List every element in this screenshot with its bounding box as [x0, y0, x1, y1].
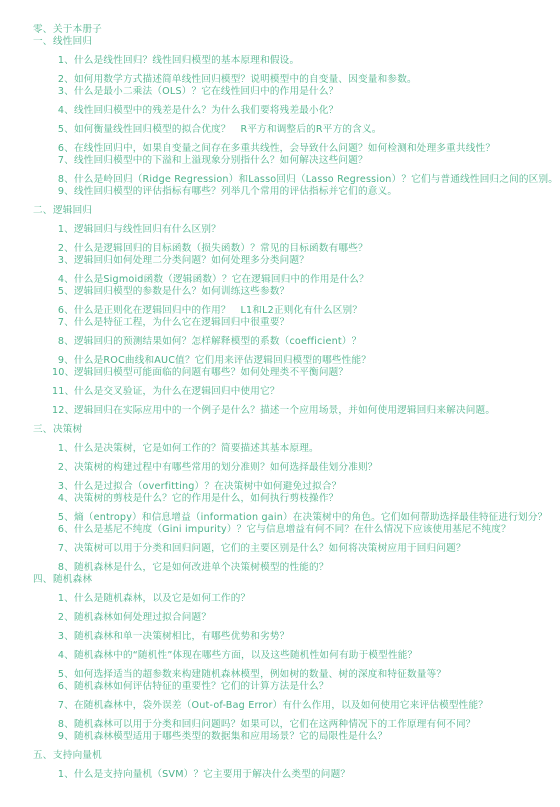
toc-item-link[interactable]: 1、什么是支持向量机（SVM）？它主要用于解决什么类型的问题？ — [0, 769, 560, 781]
section-title: 支持向量机 — [53, 750, 102, 761]
section-number-label: 三、 — [33, 424, 53, 436]
item-number: 8、 — [52, 719, 74, 731]
section-title: 关于本册子 — [53, 24, 102, 35]
section-number-label: 一、 — [33, 36, 53, 48]
item-number: 10、 — [52, 367, 74, 379]
toc-item-link[interactable]: 4、随机森林中的“随机性”体现在哪些方面，以及这些随机性如何有助于模型性能？ — [0, 650, 560, 662]
toc-item-link[interactable]: 11、什么是交叉验证，为什么在逻辑回归中使用它？ — [0, 386, 560, 398]
item-number: 8、 — [52, 174, 74, 186]
item-question-text: 什么是正则化在逻辑回归中的作用？ L1和L2正则化有什么区别？ — [74, 305, 362, 316]
section-heading-link[interactable]: 零、关于本册子 — [0, 24, 560, 36]
toc-item-link[interactable]: 7、线性回归模型中的下溢和上溢现象分别指什么？如何解决这些问题？ — [0, 155, 560, 167]
toc-item-link[interactable]: 8、随机森林可以用于分类和回归问题吗？如果可以，它们在这两种情况下的工作原理有何… — [0, 719, 560, 731]
item-number: 7、 — [52, 317, 74, 329]
item-number: 1、 — [52, 55, 74, 67]
toc-item-link[interactable]: 9、线性回归模型的评估指标有哪些？列举几个常用的评估指标并它们的意义。 — [0, 186, 560, 198]
item-number: 6、 — [52, 305, 74, 317]
toc-item-link[interactable]: 2、决策树的构建过程中有哪些常用的划分准则？如何选择最佳划分准则？ — [0, 462, 560, 474]
toc-item-link[interactable]: 5、熵（entropy）和信息增益（information gain）在决策树中… — [0, 512, 560, 524]
item-question-text: 随机森林如何处理过拟合问题？ — [74, 612, 211, 623]
item-question-text: 随机森林如何评估特征的重要性？它们的计算方法是什么？ — [74, 681, 329, 692]
item-question-text: 随机森林和单一决策树相比，有哪些优势和劣势？ — [74, 631, 289, 642]
item-question-text: 在线性回归中，如果自变量之间存在多重共线性，会导致什么问题？如何检测和处理多重共… — [74, 143, 495, 154]
toc-item-link[interactable]: 4、决策树的剪枝是什么？它的作用是什么，如何执行剪枝操作？ — [0, 493, 560, 505]
section-title: 决策树 — [53, 424, 82, 435]
item-number: 4、 — [52, 493, 74, 505]
item-number: 1、 — [52, 443, 74, 455]
section-title: 线性回归 — [53, 36, 92, 47]
item-number: 2、 — [52, 74, 74, 86]
item-question-text: 什么是交叉验证，为什么在逻辑回归中使用它？ — [74, 386, 280, 397]
item-question-text: 如何选择适当的超参数来构建随机森林模型，例如树的数量、树的深度和特征数量等？ — [74, 669, 446, 680]
item-number: 9、 — [52, 186, 74, 198]
item-question-text: 在随机森林中，袋外误差（Out-of-Bag Error）有什么作用，以及如何使… — [74, 700, 488, 711]
item-question-text: 熵（entropy）和信息增益（information gain）在决策树中的角… — [74, 512, 547, 523]
table-of-contents: 零、关于本册子一、线性回归1、什么是线性回归？线性回归模型的基本原理和假设。2、… — [0, 0, 560, 781]
section-heading-link[interactable]: 五、支持向量机 — [0, 750, 560, 762]
item-question-text: 什么是过拟合（overfitting）？在决策树中如何避免过拟合？ — [74, 481, 341, 492]
item-question-text: 什么是线性回归？线性回归模型的基本原理和假设。 — [74, 55, 299, 66]
toc-item-link[interactable]: 9、随机森林模型适用于哪些类型的数据集和应用场景？它的局限性是什么？ — [0, 731, 560, 743]
section-heading-link[interactable]: 二、逻辑回归 — [0, 205, 560, 217]
item-number: 3、 — [52, 255, 74, 267]
toc-item-link[interactable]: 3、什么是最小二乘法（OLS）？它在线性回归中的作用是什么？ — [0, 86, 560, 98]
item-question-text: 逻辑回归如何处理二分类问题？如何处理多分类问题？ — [74, 255, 309, 266]
item-question-text: 如何用数学方式描述简单线性回归模型？说明模型中的自变量、因变量和参数。 — [74, 74, 417, 85]
item-number: 2、 — [52, 612, 74, 624]
toc-item-link[interactable]: 7、在随机森林中，袋外误差（Out-of-Bag Error）有什么作用，以及如… — [0, 700, 560, 712]
section-heading-link[interactable]: 四、随机森林 — [0, 574, 560, 586]
item-number: 9、 — [52, 355, 74, 367]
toc-item-link[interactable]: 8、逻辑回归的预测结果如何？怎样解释模型的系数（coefficient）？ — [0, 336, 560, 348]
item-question-text: 什么是支持向量机（SVM）？它主要用于解决什么类型的问题？ — [74, 769, 350, 780]
item-number: 7、 — [52, 700, 74, 712]
toc-item-link[interactable]: 5、如何选择适当的超参数来构建随机森林模型，例如树的数量、树的深度和特征数量等？ — [0, 669, 560, 681]
item-question-text: 什么是决策树，它是如何工作的？简要描述其基本原理。 — [74, 443, 319, 454]
item-number: 7、 — [52, 155, 74, 167]
item-number: 7、 — [52, 543, 74, 555]
item-question-text: 决策树的构建过程中有哪些常用的划分准则？如何选择最佳划分准则？ — [74, 462, 378, 473]
section-number-label: 四、 — [33, 574, 53, 586]
item-number: 4、 — [52, 274, 74, 286]
item-question-text: 逻辑回归与线性回归有什么区别？ — [74, 224, 221, 235]
section-heading-link[interactable]: 一、线性回归 — [0, 36, 560, 48]
item-question-text: 线性回归模型的评估指标有哪些？列举几个常用的评估指标并它们的意义。 — [74, 186, 397, 197]
item-number: 2、 — [52, 243, 74, 255]
toc-item-link[interactable]: 2、随机森林如何处理过拟合问题？ — [0, 612, 560, 624]
item-question-text: 决策树可以用于分类和回归问题，它们的主要区别是什么？如何将决策树应用于回归问题？ — [74, 543, 466, 554]
item-number: 9、 — [52, 731, 74, 743]
item-number: 12、 — [52, 405, 74, 417]
toc-item-link[interactable]: 3、随机森林和单一决策树相比，有哪些优势和劣势？ — [0, 631, 560, 643]
item-question-text: 逻辑回归模型可能面临的问题有哪些？如何处理类不平衡问题？ — [74, 367, 348, 378]
toc-item-link[interactable]: 7、什么是特征工程，为什么它在逻辑回归中很重要？ — [0, 317, 560, 329]
item-question-text: 什么是Sigmoid函数（逻辑函数）？它在逻辑回归中的作用是什么？ — [74, 274, 369, 285]
item-number: 3、 — [52, 631, 74, 643]
item-question-text: 逻辑回归模型的参数是什么？如何训练这些参数？ — [74, 286, 289, 297]
toc-item-link[interactable]: 6、随机森林如何评估特征的重要性？它们的计算方法是什么？ — [0, 681, 560, 693]
toc-item-link[interactable]: 2、如何用数学方式描述简单线性回归模型？说明模型中的自变量、因变量和参数。 — [0, 74, 560, 86]
item-question-text: 如何衡量线性回归模型的拟合优度？ R平方和调整后的R平方的含义。 — [74, 124, 382, 135]
item-number: 5、 — [52, 669, 74, 681]
item-number: 6、 — [52, 681, 74, 693]
toc-item-link[interactable]: 10、逻辑回归模型可能面临的问题有哪些？如何处理类不平衡问题？ — [0, 367, 560, 379]
toc-item-link[interactable]: 5、逻辑回归模型的参数是什么？如何训练这些参数？ — [0, 286, 560, 298]
item-question-text: 什么是最小二乘法（OLS）？它在线性回归中的作用是什么？ — [74, 86, 338, 97]
section-title: 随机森林 — [53, 574, 92, 585]
item-question-text: 线性回归模型中的残差是什么？为什么我们要将残差最小化？ — [74, 105, 338, 116]
toc-item-link[interactable]: 1、什么是线性回归？线性回归模型的基本原理和假设。 — [0, 55, 560, 67]
section-number-label: 五、 — [33, 750, 53, 762]
toc-item-link[interactable]: 6、什么是基尼不纯度（Gini impurity）？它与信息增益有何不同？在什么… — [0, 524, 560, 536]
section-number-label: 二、 — [33, 205, 53, 217]
toc-item-link[interactable]: 8、随机森林是什么，它是如何改进单个决策树模型的性能的？ — [0, 562, 560, 574]
toc-item-link[interactable]: 4、线性回归模型中的残差是什么？为什么我们要将残差最小化？ — [0, 105, 560, 117]
toc-item-link[interactable]: 1、什么是决策树，它是如何工作的？简要描述其基本原理。 — [0, 443, 560, 455]
item-question-text: 什么是逻辑回归的目标函数（损失函数）？常见的目标函数有哪些？ — [74, 243, 368, 254]
toc-page: 零、关于本册子一、线性回归1、什么是线性回归？线性回归模型的基本原理和假设。2、… — [0, 0, 560, 781]
item-question-text: 什么是岭回归（Ridge Regression）和Lasso回归（Lasso R… — [74, 174, 558, 185]
section-number-label: 零、 — [33, 24, 53, 36]
toc-item-link[interactable]: 1、逻辑回归与线性回归有什么区别？ — [0, 224, 560, 236]
item-number: 6、 — [52, 524, 74, 536]
item-question-text: 什么是特征工程，为什么它在逻辑回归中很重要？ — [74, 317, 289, 328]
item-question-text: 随机森林模型适用于哪些类型的数据集和应用场景？它的局限性是什么？ — [74, 731, 387, 742]
item-number: 3、 — [52, 86, 74, 98]
item-number: 1、 — [52, 769, 74, 781]
item-question-text: 逻辑回归在实际应用中的一个例子是什么？描述一个应用场景，并如何使用逻辑回归来解决… — [74, 405, 495, 416]
toc-item-link[interactable]: 1、什么是随机森林，以及它是如何工作的？ — [0, 593, 560, 605]
toc-item-link[interactable]: 8、什么是岭回归（Ridge Regression）和Lasso回归（Lasso… — [0, 174, 560, 186]
item-question-text: 随机森林中的“随机性”体现在哪些方面，以及这些随机性如何有助于模型性能？ — [74, 650, 417, 661]
item-number: 5、 — [52, 512, 74, 524]
item-question-text: 线性回归模型中的下溢和上溢现象分别指什么？如何解决这些问题？ — [74, 155, 368, 166]
item-question-text: 什么是基尼不纯度（Gini impurity）？它与信息增益有何不同？在什么情况… — [74, 524, 511, 535]
item-number: 2、 — [52, 462, 74, 474]
toc-item-link[interactable]: 6、在线性回归中，如果自变量之间存在多重共线性，会导致什么问题？如何检测和处理多… — [0, 143, 560, 155]
toc-item-link[interactable]: 7、决策树可以用于分类和回归问题，它们的主要区别是什么？如何将决策树应用于回归问… — [0, 543, 560, 555]
toc-item-link[interactable]: 4、什么是Sigmoid函数（逻辑函数）？它在逻辑回归中的作用是什么？ — [0, 274, 560, 286]
toc-item-link[interactable]: 2、什么是逻辑回归的目标函数（损失函数）？常见的目标函数有哪些？ — [0, 243, 560, 255]
section-heading-link[interactable]: 三、决策树 — [0, 424, 560, 436]
item-question-text: 逻辑回归的预测结果如何？怎样解释模型的系数（coefficient）？ — [74, 336, 361, 347]
toc-item-link[interactable]: 6、什么是正则化在逻辑回归中的作用？ L1和L2正则化有什么区别？ — [0, 305, 560, 317]
section-title: 逻辑回归 — [53, 205, 92, 216]
item-number: 4、 — [52, 650, 74, 662]
item-number: 8、 — [52, 562, 74, 574]
item-question-text: 决策树的剪枝是什么？它的作用是什么，如何执行剪枝操作？ — [74, 493, 338, 504]
item-number: 11、 — [52, 386, 74, 398]
toc-item-link[interactable]: 9、什么是ROC曲线和AUC值？它们用来评估逻辑回归模型的哪些性能？ — [0, 355, 560, 367]
toc-item-link[interactable]: 3、什么是过拟合（overfitting）？在决策树中如何避免过拟合？ — [0, 481, 560, 493]
item-question-text: 什么是ROC曲线和AUC值？它们用来评估逻辑回归模型的哪些性能？ — [74, 355, 371, 366]
item-number: 6、 — [52, 143, 74, 155]
toc-item-link[interactable]: 3、逻辑回归如何处理二分类问题？如何处理多分类问题？ — [0, 255, 560, 267]
item-question-text: 随机森林是什么，它是如何改进单个决策树模型的性能的？ — [74, 562, 329, 573]
item-question-text: 随机森林可以用于分类和回归问题吗？如果可以，它们在这两种情况下的工作原理有何不同… — [74, 719, 476, 730]
item-number: 8、 — [52, 336, 74, 348]
item-number: 4、 — [52, 105, 74, 117]
item-number: 1、 — [52, 224, 74, 236]
toc-item-link[interactable]: 12、逻辑回归在实际应用中的一个例子是什么？描述一个应用场景，并如何使用逻辑回归… — [0, 405, 560, 417]
item-number: 1、 — [52, 593, 74, 605]
item-number: 5、 — [52, 286, 74, 298]
item-question-text: 什么是随机森林，以及它是如何工作的？ — [74, 593, 250, 604]
item-number: 5、 — [52, 124, 74, 136]
item-number: 3、 — [52, 481, 74, 493]
toc-item-link[interactable]: 5、如何衡量线性回归模型的拟合优度？ R平方和调整后的R平方的含义。 — [0, 124, 560, 136]
